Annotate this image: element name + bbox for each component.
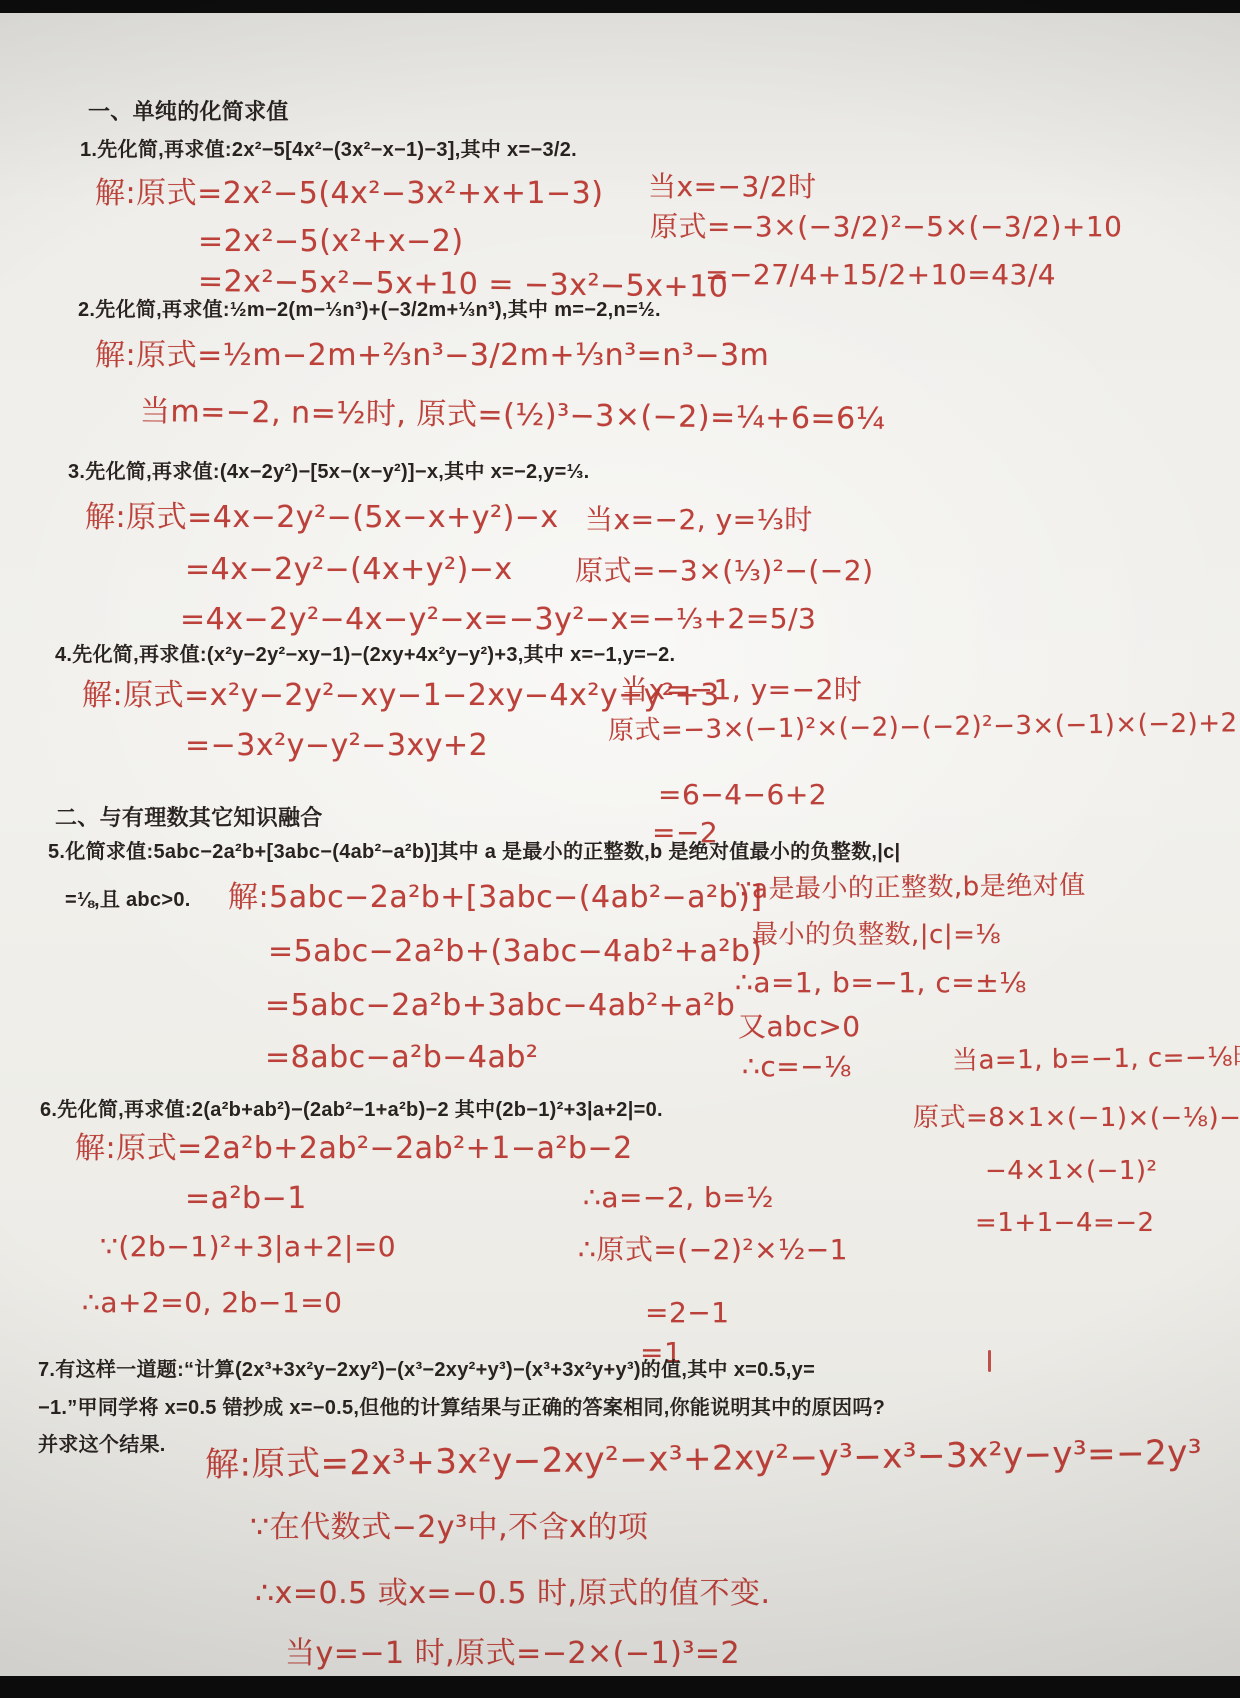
p3-work-line: =4x−2y²−(4x+y²)−x <box>185 554 513 586</box>
p7-work-line: ∴x=0.5 或x=−0.5 时,原式的值不变. <box>255 1578 771 1610</box>
p1-work-line: =2x²−5(x²+x−2) <box>198 226 464 258</box>
p5-reasoning-line: ∵a是最小的正整数,b是绝对值 <box>735 873 1086 905</box>
p3-eval-line: 原式=−3×(⅓)²−(−2) <box>575 556 874 585</box>
p5-evaluation-line: −4×1×(−1)² <box>985 1158 1157 1185</box>
p3-work-line: =4x−2y²−4x−y²−x=−3y²−x <box>180 604 629 636</box>
section-title-2: 二、与有理数其它知识融合 <box>55 806 323 829</box>
p5-reasoning-line: 当a=1, b=−1, c=−⅛时 <box>952 1044 1240 1075</box>
p5-reasoning-line: ∴a=1, b=−1, c=±⅛ <box>735 968 1027 997</box>
p3-eval-line: 当x=−2, y=⅓时 <box>585 505 813 534</box>
p7-work-line: ∵在代数式−2y³中,不含x的项 <box>250 1512 648 1544</box>
p1-work-line: =2x²−5x²−5x+10 = −3x²−5x+10 <box>198 266 729 303</box>
problem-5-statement-line2: =⅛,且 abc>0. <box>65 890 191 911</box>
problem-1-statement: 1.先化简,再求值:2x²−5[4x²−(3x²−x−1)−3],其中 x=−3… <box>80 140 577 161</box>
p5-reasoning-line: 最小的负整数,|c|=⅛ <box>752 922 1001 949</box>
p2-work-line: 解:原式=½m−2m+⅔n³−3/2m+⅓n³=n³−3m <box>95 340 769 372</box>
p3-eval-line: =−⅓+2=5/3 <box>628 604 816 633</box>
photo-top-edge <box>0 0 1240 13</box>
p3-work-line: 解:原式=4x−2y²−(5x−x+y²)−x <box>85 502 559 534</box>
p1-eval-line: =−27/4+15/2+10=43/4 <box>705 260 1056 289</box>
problem-5-statement-line1: 5.化简求值:5abc−2a²b+[3abc−(4ab²−a²b)]其中 a 是… <box>48 842 900 863</box>
p6-conclusion-line: ∴原式=(−2)²×½−1 <box>578 1235 848 1264</box>
p6-conclusion-line: =2−1 <box>645 1298 730 1327</box>
p6-work-line: ∴a+2=0, 2b−1=0 <box>82 1288 342 1317</box>
problem-3-statement: 3.先化简,再求值:(4x−2y²)−[5x−(x−y²)]−x,其中 x=−2… <box>68 462 590 483</box>
p6-work-line: 解:原式=2a²b+2ab²−2ab²+1−a²b−2 <box>75 1133 633 1165</box>
p6-conclusion-line: ∴a=−2, b=½ <box>583 1183 774 1212</box>
p1-work-line: 解:原式=2x²−5(4x²−3x²+x+1−3) <box>95 178 603 210</box>
p5-work-line: 解:5abc−2a²b+[3abc−(4ab²−a²b)] <box>228 882 763 914</box>
p6-work-line: ∵(2b−1)²+3|a+2|=0 <box>100 1232 396 1261</box>
p1-eval-line: 当x=−3/2时 <box>648 172 817 201</box>
problem-7-statement-line2: −1.”甲同学将 x=0.5 错抄成 x=−0.5,但他的计算结果与正确的答案相… <box>38 1398 885 1419</box>
problem-7-statement-line1: 7.有这样一道题:“计算(2x³+3x²y−2xy²)−(x³−2xy²+y³)… <box>38 1360 815 1381</box>
p2-work-line: 当m=−2, n=½时, 原式=(½)³−3×(−2)=¼+6=6¼ <box>140 396 886 435</box>
p5-evaluation-line: =1+1−4=−2 <box>975 1210 1155 1237</box>
p5-evaluation-line: 原式=8×1×(−1)×(−⅛)−1²×(−1) <box>913 1105 1240 1132</box>
problem-6-statement: 6.先化简,再求值:2(a²b+ab²)−(2ab²−1+a²b)−2 其中(2… <box>40 1100 663 1121</box>
section-title-1: 一、单纯的化简求值 <box>88 100 289 123</box>
p5-work-line: =5abc−2a²b+(3abc−4ab²+a²b) <box>268 936 763 968</box>
p7-work-line: 解:原式=2x³+3x²y−2xy²−x³+2xy²−y³−x³−3x²y−y³… <box>205 1436 1202 1484</box>
photo-bottom-edge <box>0 1676 1240 1698</box>
p5-reasoning-line: 又abc>0 <box>738 1012 861 1041</box>
p4-work-line: =−3x²y−y²−3xy+2 <box>185 730 488 762</box>
p5-work-line: =5abc−2a²b+3abc−4ab²+a²b <box>265 990 735 1022</box>
stray-pen-mark <box>988 1350 991 1372</box>
p1-eval-line: 原式=−3×(−3/2)²−5×(−3/2)+10 <box>650 212 1123 241</box>
p4-eval-line: 原式=−3×(−1)²×(−2)−(−2)²−3×(−1)×(−2)+2 <box>608 710 1238 745</box>
p7-work-line: 当y=−1 时,原式=−2×(−1)³=2 <box>285 1638 740 1670</box>
p5-reasoning-line: ∴c=−⅛ <box>742 1052 852 1081</box>
worksheet-photo: 一、单纯的化简求值 1.先化简,再求值:2x²−5[4x²−(3x²−x−1)−… <box>0 0 1240 1698</box>
problem-4-statement: 4.先化简,再求值:(x²y−2y²−xy−1)−(2xy+4x²y−y²)+3… <box>55 645 675 666</box>
p4-eval-line: 当x=−1, y=−2时 <box>620 675 862 704</box>
problem-7-statement-line3: 并求这个结果. <box>38 1435 166 1456</box>
p6-work-line: =a²b−1 <box>185 1183 307 1215</box>
p5-work-line: =8abc−a²b−4ab² <box>265 1042 538 1074</box>
problem-2-statement: 2.先化简,再求值:½m−2(m−⅓n³)+(−3/2m+⅓n³),其中 m=−… <box>78 300 661 321</box>
p4-eval-line: =6−4−6+2 <box>658 780 827 809</box>
